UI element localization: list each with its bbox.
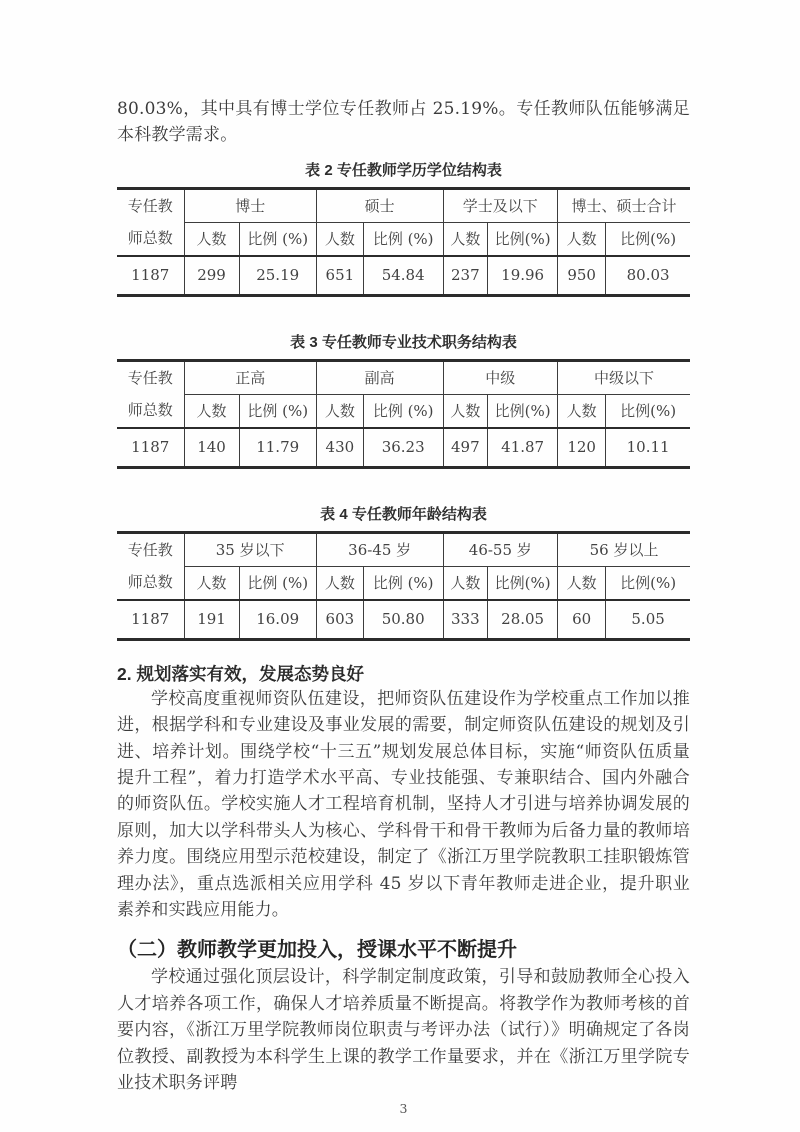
table4-group-label-1: 35 岁以下 xyxy=(184,532,316,566)
section-er-heading: （二）教师教学更加投入，授课水平不断提升 xyxy=(117,936,690,964)
table4-data-row: 1187 191 16.09 603 50.80 333 28.05 60 5.… xyxy=(117,600,690,640)
count-header: 人数 xyxy=(558,222,606,256)
ratio-header: 比例(%) xyxy=(606,566,690,600)
count-header: 人数 xyxy=(443,394,488,428)
count-value: 603 xyxy=(316,600,363,640)
table2-row-header-cell: 专任教 师总数 xyxy=(117,188,184,256)
table2-group-header-row: 专任教 师总数 博士 硕士 学士及以下 博士、硕士合计 xyxy=(117,188,690,222)
count-header: 人数 xyxy=(443,222,488,256)
count-value: 60 xyxy=(558,600,606,640)
ratio-header: 比例 (%) xyxy=(363,566,443,600)
count-header: 人数 xyxy=(184,222,239,256)
count-value: 430 xyxy=(316,428,363,468)
total-value: 1187 xyxy=(117,256,184,296)
count-value: 299 xyxy=(184,256,239,296)
count-header: 人数 xyxy=(443,566,488,600)
ratio-value: 25.19 xyxy=(239,256,316,296)
table2-data-row: 1187 299 25.19 651 54.84 237 19.96 950 8… xyxy=(117,256,690,296)
count-header: 人数 xyxy=(184,566,239,600)
ratio-value: 54.84 xyxy=(363,256,443,296)
ratio-value: 16.09 xyxy=(239,600,316,640)
table2-group-label-1: 博士 xyxy=(184,188,316,222)
table3-group-header-row: 专任教 师总数 正高 副高 中级 中级以下 xyxy=(117,360,690,394)
table3-title: 表 3 专任教师专业技术职务结构表 xyxy=(117,333,690,353)
page-content: 80.03%，其中具有博士学位专任教师占 25.19%。专任教师队伍能够满足本科… xyxy=(0,0,800,1116)
table4-group-label-4: 56 岁以上 xyxy=(558,532,690,566)
table4-age-structure: 专任教 师总数 35 岁以下 36-45 岁 46-55 岁 56 岁以上 人数… xyxy=(117,531,690,641)
count-header: 人数 xyxy=(558,566,606,600)
table4-group-label-3: 46-55 岁 xyxy=(443,532,558,566)
table2-sub-header-row: 人数 比例 (%) 人数 比例 (%) 人数 比例(%) 人数 比例(%) xyxy=(117,222,690,256)
ratio-header: 比例 (%) xyxy=(239,394,316,428)
table4-sub-header-row: 人数 比例 (%) 人数 比例 (%) 人数 比例(%) 人数 比例(%) xyxy=(117,566,690,600)
table2-degree-structure: 专任教 师总数 博士 硕士 学士及以下 博士、硕士合计 人数 比例 (%) 人数… xyxy=(117,187,690,297)
document-page: 80.03%，其中具有博士学位专任教师占 25.19%。专任教师队伍能够满足本科… xyxy=(0,0,800,1132)
count-value: 237 xyxy=(443,256,488,296)
table4-title: 表 4 专任教师年龄结构表 xyxy=(117,505,690,525)
table2-group-label-4: 博士、硕士合计 xyxy=(558,188,690,222)
page-number: 3 xyxy=(117,1101,690,1116)
ratio-value: 10.11 xyxy=(606,428,690,468)
table3-sub-header-row: 人数 比例 (%) 人数 比例 (%) 人数 比例(%) 人数 比例(%) xyxy=(117,394,690,428)
row-header-line2: 师总数 xyxy=(117,566,184,598)
count-value: 333 xyxy=(443,600,488,640)
count-header: 人数 xyxy=(316,566,363,600)
count-value: 140 xyxy=(184,428,239,468)
section-2-heading: 2. 规划落实有效，发展态势良好 xyxy=(117,662,690,686)
table3-row-header-cell: 专任教 师总数 xyxy=(117,360,184,428)
table3-title-structure: 专任教 师总数 正高 副高 中级 中级以下 人数 比例 (%) 人数 比例 (%… xyxy=(117,359,690,469)
ratio-value: 5.05 xyxy=(606,600,690,640)
table3-group-label-1: 正高 xyxy=(184,360,316,394)
table4-row-header-cell: 专任教 师总数 xyxy=(117,532,184,600)
table4-group-label-2: 36-45 岁 xyxy=(316,532,443,566)
table3-data-row: 1187 140 11.79 430 36.23 497 41.87 120 1… xyxy=(117,428,690,468)
table2-title: 表 2 专任教师学历学位结构表 xyxy=(117,161,690,181)
ratio-header: 比例(%) xyxy=(488,566,558,600)
ratio-value: 50.80 xyxy=(363,600,443,640)
row-header-line2: 师总数 xyxy=(117,394,184,426)
ratio-header: 比例 (%) xyxy=(239,222,316,256)
count-value: 191 xyxy=(184,600,239,640)
total-value: 1187 xyxy=(117,600,184,640)
ratio-header: 比例(%) xyxy=(488,394,558,428)
count-header: 人数 xyxy=(558,394,606,428)
table2-group-label-3: 学士及以下 xyxy=(443,188,558,222)
count-header: 人数 xyxy=(316,222,363,256)
section-2-paragraph: 学校高度重视师资队伍建设，把师资队伍建设作为学校重点工作加以推进，根据学科和专业… xyxy=(117,686,690,924)
row-header-line1: 专任教 xyxy=(117,190,184,222)
ratio-header: 比例(%) xyxy=(606,222,690,256)
table2-group-label-2: 硕士 xyxy=(316,188,443,222)
row-header-line1: 专任教 xyxy=(117,534,184,566)
ratio-header: 比例 (%) xyxy=(363,394,443,428)
ratio-header: 比例(%) xyxy=(488,222,558,256)
count-header: 人数 xyxy=(184,394,239,428)
table3-group-label-4: 中级以下 xyxy=(558,360,690,394)
count-header: 人数 xyxy=(316,394,363,428)
table3-group-label-2: 副高 xyxy=(316,360,443,394)
row-header-line1: 专任教 xyxy=(117,362,184,394)
ratio-header: 比例 (%) xyxy=(239,566,316,600)
ratio-value: 19.96 xyxy=(488,256,558,296)
ratio-value: 80.03 xyxy=(606,256,690,296)
count-value: 950 xyxy=(558,256,606,296)
total-value: 1187 xyxy=(117,428,184,468)
count-value: 651 xyxy=(316,256,363,296)
table4-group-header-row: 专任教 师总数 35 岁以下 36-45 岁 46-55 岁 56 岁以上 xyxy=(117,532,690,566)
ratio-value: 11.79 xyxy=(239,428,316,468)
section-er-paragraph: 学校通过强化顶层设计，科学制定制度政策，引导和鼓励教师全心投入人才培养各项工作，… xyxy=(117,964,690,1096)
ratio-value: 28.05 xyxy=(488,600,558,640)
table3-group-label-3: 中级 xyxy=(443,360,558,394)
ratio-value: 41.87 xyxy=(488,428,558,468)
ratio-value: 36.23 xyxy=(363,428,443,468)
intro-paragraph: 80.03%，其中具有博士学位专任教师占 25.19%。专任教师队伍能够满足本科… xyxy=(117,96,690,149)
row-header-line2: 师总数 xyxy=(117,222,184,254)
ratio-header: 比例 (%) xyxy=(363,222,443,256)
count-value: 120 xyxy=(558,428,606,468)
count-value: 497 xyxy=(443,428,488,468)
ratio-header: 比例(%) xyxy=(606,394,690,428)
